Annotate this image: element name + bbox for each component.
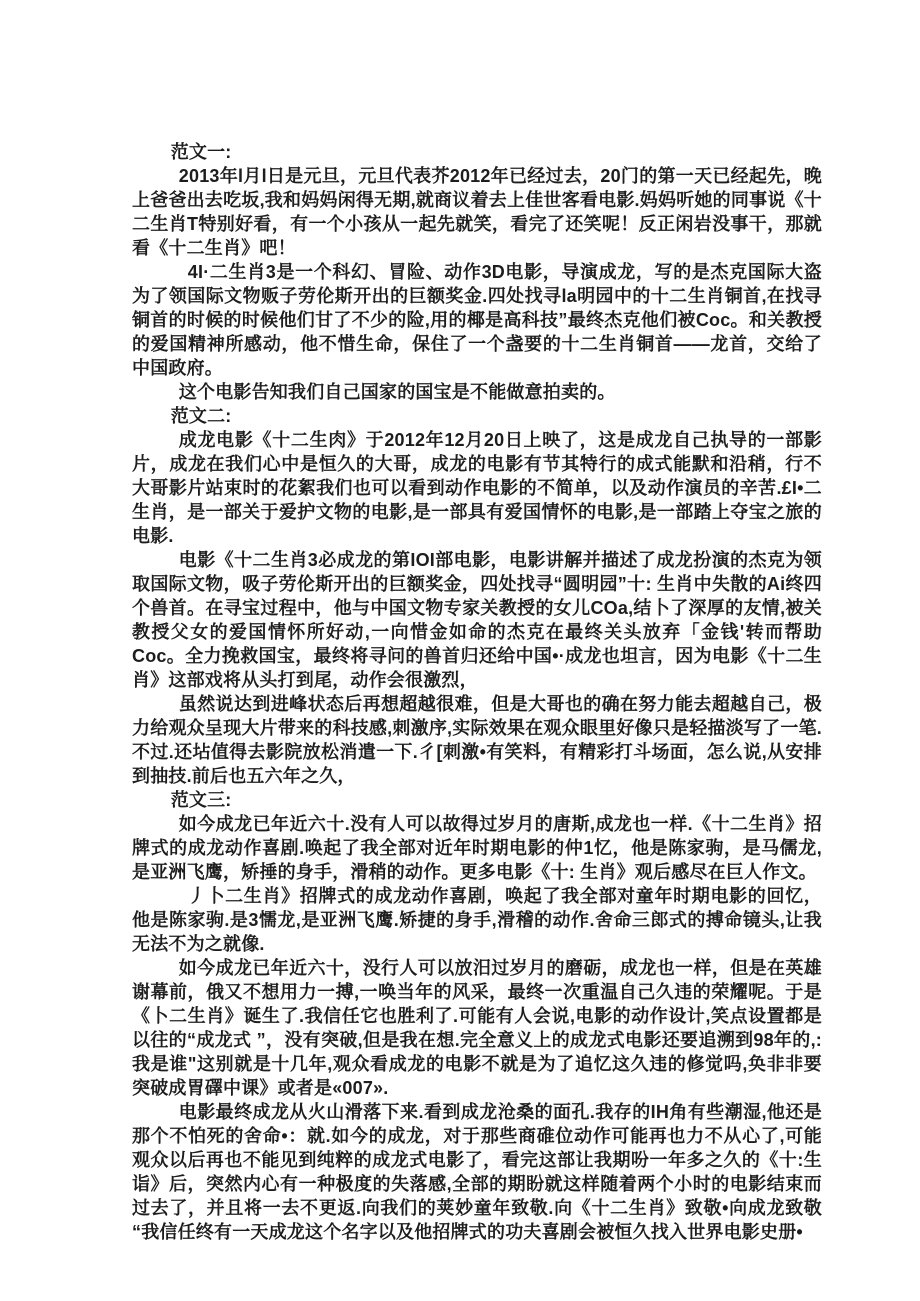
- paragraph: 2013年l月l日是元旦，元旦代表芥2012年已经过去，20门的第一天已经起先，…: [132, 164, 822, 260]
- paragraph: 成龙电影《十二生肉》于2012年12月20日上映了，这是成龙自己执导的一部影片，…: [132, 428, 822, 548]
- paragraph: 电影最终成龙从火山滑落下来.看到成龙沧桑的面孔.我存的IH角有些潮湿,他还是那个…: [132, 1100, 822, 1244]
- section-heading-3: 范文三:: [132, 788, 822, 812]
- paragraph: 这个电影告知我们自己国家的国宝是不能做意拍卖的。: [132, 380, 822, 404]
- paragraph: 如今成龙已年近六十.没有人可以故得过岁月的唐斯,成龙也一样.《十二生肖》招牌式的…: [132, 812, 822, 884]
- paragraph: 4I·二生肖3是一个科幻、冒险、动作3D电影，导演成龙，写的是杰克国际大盗为了领…: [132, 260, 822, 380]
- paragraph: 丿卜二生肖》招牌式的成龙动作喜剧，唤起了我全部对童年时期电影的回忆，他是陈家驹.…: [132, 884, 822, 956]
- document-body: 范文一: 2013年l月l日是元旦，元旦代表芥2012年已经过去，20门的第一天…: [132, 140, 822, 1244]
- paragraph: 电影《十二生肖3必成龙的第IOI部电影，电影讲解并描述了成龙扮演的杰克为领取国际…: [132, 548, 822, 692]
- document-page: 范文一: 2013年l月l日是元旦，元旦代表芥2012年已经过去，20门的第一天…: [0, 0, 920, 1301]
- paragraph: 如今成龙已年近六十，没行人可以放汨过岁月的磨砺，成龙也一样，但是在英雄谢幕前，俄…: [132, 956, 822, 1100]
- paragraph: 虽然说达到进峰状态后再想超越很难，但是大哥也的确在努力能去超越自己，极力给观众呈…: [132, 692, 822, 788]
- section-heading-2: 范文二:: [132, 404, 822, 428]
- section-heading-1: 范文一:: [132, 140, 822, 164]
